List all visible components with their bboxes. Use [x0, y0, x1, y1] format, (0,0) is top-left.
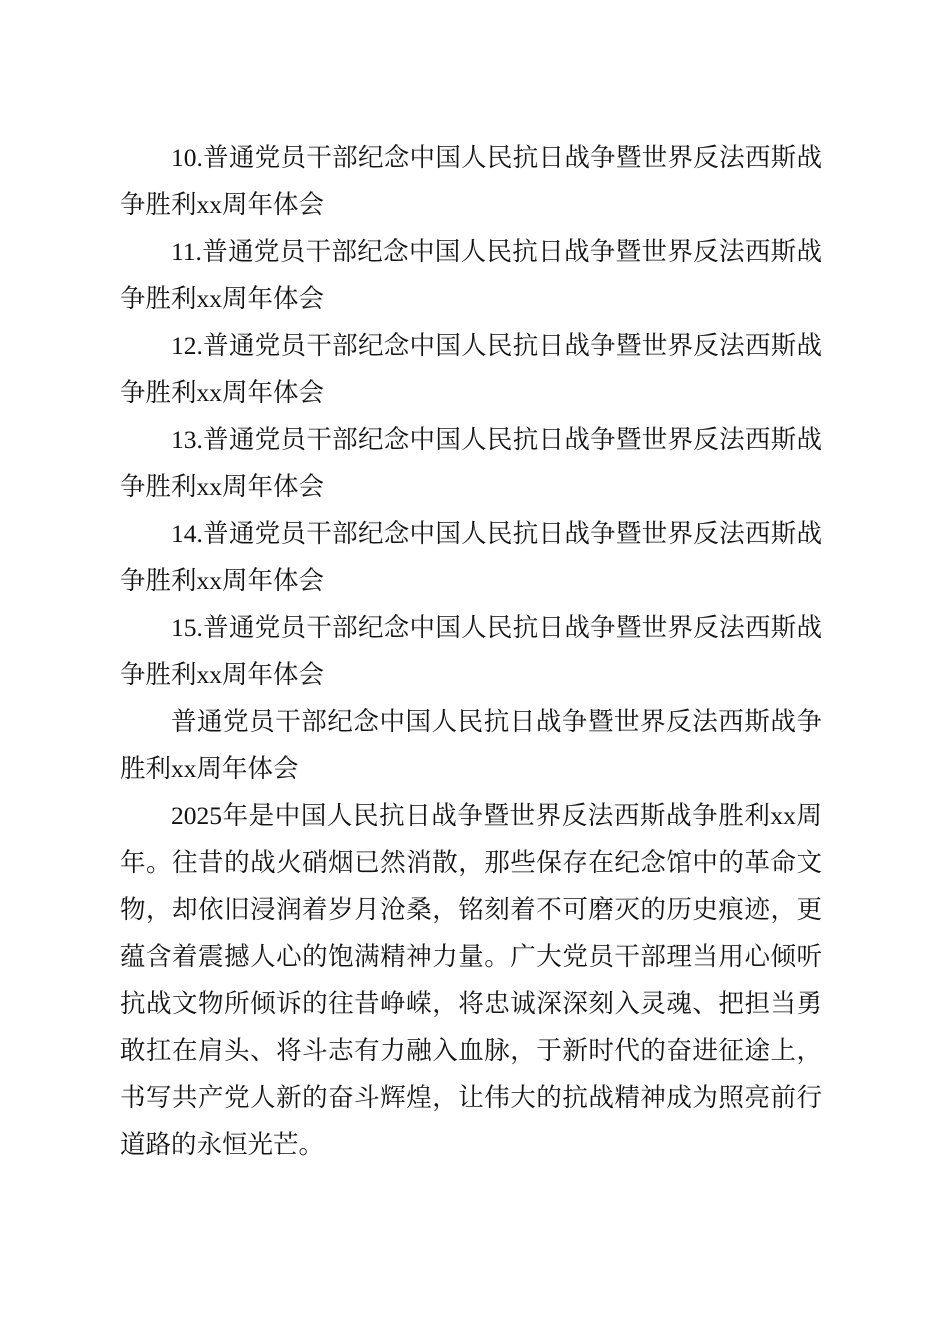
document-page: 10.普通党员干部纪念中国人民抗日战争暨世界反法西斯战争胜利xx周年体会 11.… [120, 134, 822, 1168]
list-item: 12.普通党员干部纪念中国人民抗日战争暨世界反法西斯战争胜利xx周年体会 [120, 322, 822, 416]
list-item: 15.普通党员干部纪念中国人民抗日战争暨世界反法西斯战争胜利xx周年体会 [120, 604, 822, 698]
list-item: 10.普通党员干部纪念中国人民抗日战争暨世界反法西斯战争胜利xx周年体会 [120, 134, 822, 228]
list-item: 11.普通党员干部纪念中国人民抗日战争暨世界反法西斯战争胜利xx周年体会 [120, 228, 822, 322]
body-paragraph: 2025年是中国人民抗日战争暨世界反法西斯战争胜利xx周年。往昔的战火硝烟已然消… [120, 792, 822, 1168]
list-item: 13.普通党员干部纪念中国人民抗日战争暨世界反法西斯战争胜利xx周年体会 [120, 416, 822, 510]
list-item: 14.普通党员干部纪念中国人民抗日战争暨世界反法西斯战争胜利xx周年体会 [120, 510, 822, 604]
document-title: 普通党员干部纪念中国人民抗日战争暨世界反法西斯战争胜利xx周年体会 [120, 698, 822, 792]
